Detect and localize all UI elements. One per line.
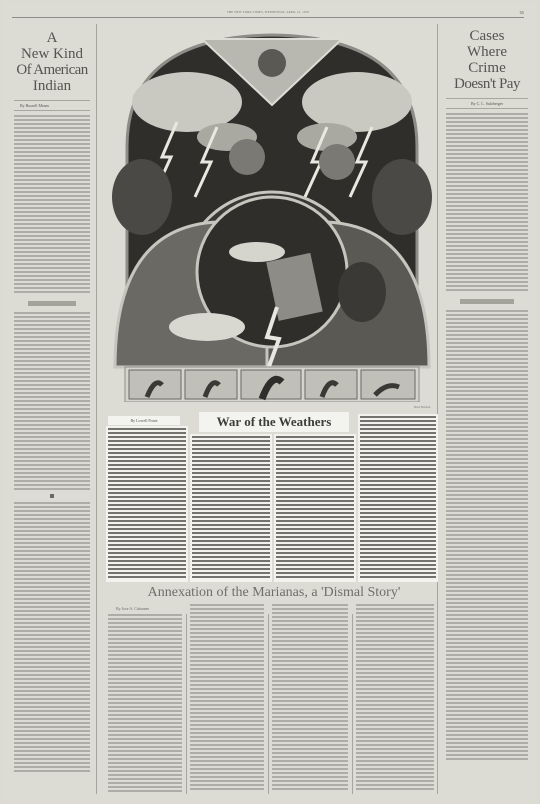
feature-article-headline: War of the Weathers [199,412,349,432]
left-article-byline: By Russell Means [14,100,90,111]
bottom-article-headline: Annexation of the Marianas, a 'Dismal St… [114,585,434,601]
article-body-text [446,113,528,293]
headline-line: Crime [442,60,532,76]
article-body-text [446,310,528,760]
feature-article: By Lowell Ponte War of the Weathers [104,412,438,582]
article-body-text [190,604,264,792]
right-article: Cases Where Crime Doesn't Pay By C. L. S… [442,26,532,796]
article-body-text [14,312,90,490]
feature-column-3 [274,434,356,582]
article-body-text [14,502,90,772]
headline-line: Where [442,44,532,60]
column-rule [268,614,269,794]
article-body-text [276,436,354,580]
newspaper-page: THE NEW YORK TIMES, WEDNESDAY, APRIL 21,… [4,2,536,802]
headline-line: Indian [10,78,94,94]
feature-column-2 [190,434,272,582]
headline-line: Of American [10,62,94,78]
page-number: 35 [520,10,524,15]
feature-column-1 [106,426,188,582]
feature-column-4 [358,414,438,582]
weather-war-illustration [107,27,437,402]
headline-line: New Kind [10,46,94,62]
folio-text: THE NEW YORK TIMES, WEDNESDAY, APRIL 21,… [227,10,309,14]
right-article-byline: By C. L. Sulzberger [446,98,528,109]
feature-article-byline: By Lowell Ponte [108,416,180,425]
column-rule [186,614,187,794]
headline-line: A [10,30,94,46]
column-rule [352,614,353,794]
left-article-headline: A New Kind Of American Indian [10,30,94,94]
article-body-text [356,604,434,792]
right-article-headline: Cases Where Crime Doesn't Pay [442,28,532,92]
article-body-text [108,614,182,792]
left-article: A New Kind Of American Indian By Russell… [10,26,94,796]
center-illustration [107,27,437,402]
article-body-text [108,428,186,580]
column-rule-right [437,24,438,794]
folio-line: THE NEW YORK TIMES, WEDNESDAY, APRIL 21,… [12,10,524,18]
section-break-marker [50,494,54,498]
bottom-article-byline: By Jose A. Cabranes [116,606,149,611]
article-body-text [272,604,348,792]
left-section-subhead [28,301,76,306]
illustration-credit: Brad Holland [414,405,430,409]
column-rule-left [96,24,97,794]
article-body-text [360,416,436,580]
headline-line: Doesn't Pay [442,76,532,92]
headline-line: Cases [442,28,532,44]
right-section-subhead [460,299,514,304]
article-body-text [14,115,90,295]
article-body-text [192,436,270,580]
